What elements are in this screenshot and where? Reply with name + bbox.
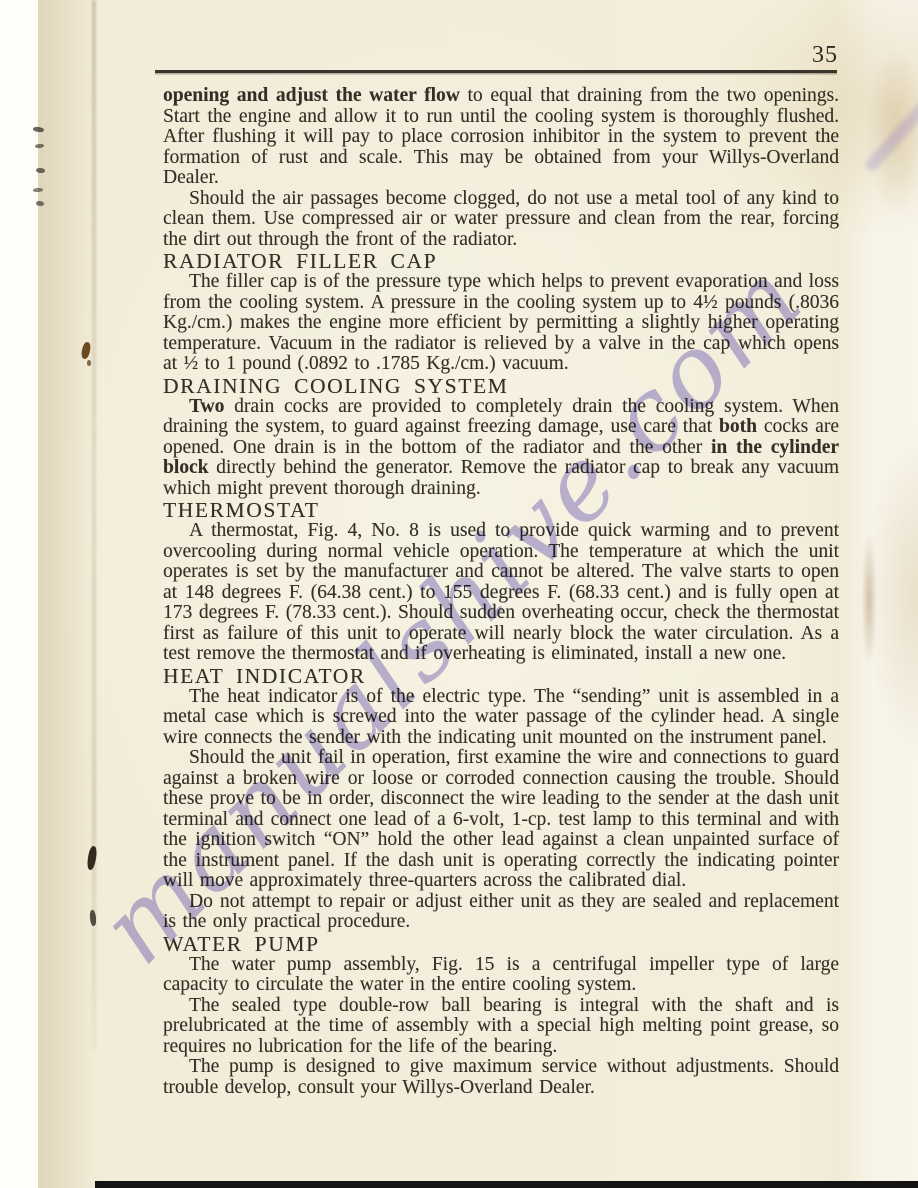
binding-mark: [36, 168, 45, 174]
paragraph: opening and adjust the water flow to equ…: [163, 86, 839, 189]
scanned-manual-page: 35 opening and adjust the water flow to …: [0, 0, 918, 1188]
binding-mark: [36, 201, 45, 207]
paragraph-text: directly behind the generator. Remove th…: [163, 457, 839, 499]
paragraph-text: Do not attempt to repair or adjust eithe…: [163, 891, 839, 933]
paragraph: Should the unit fail in operation, first…: [163, 748, 839, 892]
paragraph-text: Should the air passages become clogged, …: [163, 188, 839, 250]
section-heading: DRAINING COOLING SYSTEM: [163, 375, 839, 397]
paragraph: The sealed type double-row ball bearing …: [163, 996, 839, 1058]
paragraph: The heat indicator is of the electric ty…: [163, 687, 839, 749]
paragraph-text: The pump is designed to give maximum ser…: [163, 1056, 839, 1098]
paragraph: Should the air passages become clogged, …: [163, 189, 839, 251]
paragraph-text: The heat indicator is of the electric ty…: [163, 686, 839, 748]
page-number: 35: [0, 42, 838, 69]
paragraph-text-bold: both: [719, 416, 757, 437]
paragraph: The filler cap is of the pressure type w…: [163, 272, 839, 375]
section-heading: WATER PUMP: [163, 933, 839, 955]
paragraph-text-bold: opening and adjust the water flow: [163, 85, 460, 106]
paragraph-text: The filler cap is of the pressure type w…: [163, 271, 839, 374]
paragraph-text: A thermostat, Fig. 4, No. 8 is used to p…: [163, 520, 839, 664]
scanner-edge-bar: [95, 1181, 918, 1188]
section-heading: HEAT INDICATOR: [163, 665, 839, 687]
paper-speck: [87, 360, 91, 366]
paragraph: Do not attempt to repair or adjust eithe…: [163, 892, 839, 933]
page-content: opening and adjust the water flow to equ…: [163, 86, 839, 1098]
section-heading: THERMOSTAT: [163, 499, 839, 521]
binding-mark: [33, 126, 45, 132]
paragraph: The pump is designed to give maximum ser…: [163, 1057, 839, 1098]
paragraph: A thermostat, Fig. 4, No. 8 is used to p…: [163, 521, 839, 665]
paragraph-text: The water pump assembly, Fig. 15 is a ce…: [163, 954, 839, 996]
paragraph-text: Should the unit fail in operation, first…: [163, 747, 839, 891]
section-heading: RADIATOR FILLER CAP: [163, 250, 839, 272]
paragraph-text: The sealed type double-row ball bearing …: [163, 995, 839, 1057]
paragraph: Two drain cocks are provided to complete…: [163, 397, 839, 500]
paragraph-text-bold: Two: [189, 396, 224, 417]
page-fold-crease: [92, 0, 96, 1050]
paper-stain: [858, 500, 880, 700]
binding-shadow: [38, 0, 108, 1188]
paragraph: The water pump assembly, Fig. 15 is a ce…: [163, 955, 839, 996]
header-rule: [155, 70, 837, 73]
